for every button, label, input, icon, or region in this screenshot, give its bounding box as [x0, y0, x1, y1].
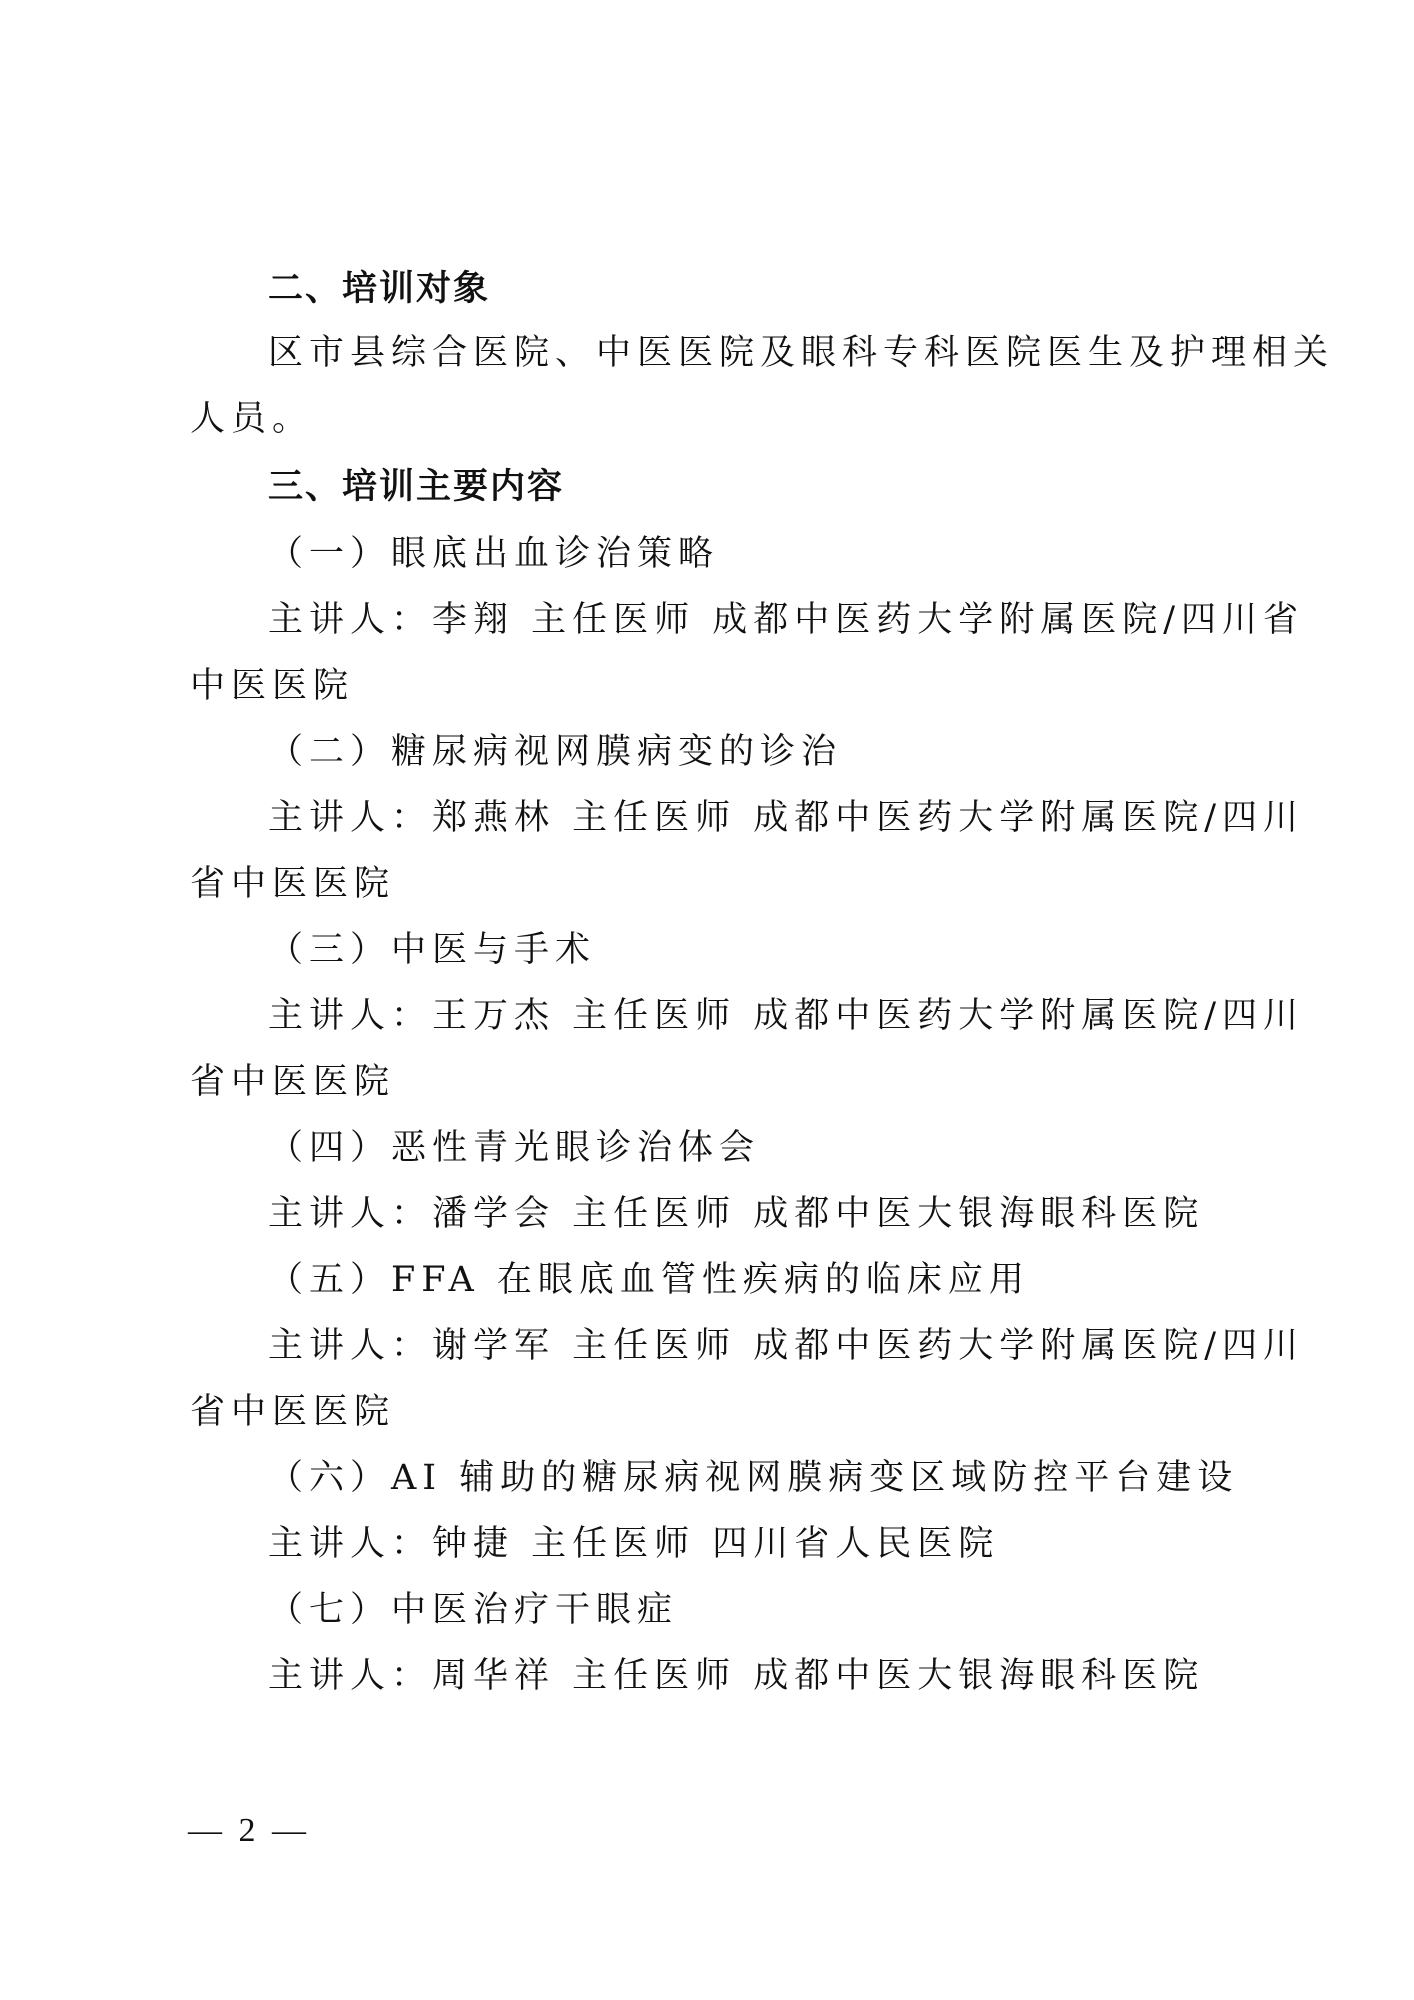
- speaker-line-cont: 省中医医院: [190, 1395, 395, 1430]
- paragraph-line: 区市县综合医院、中医医院及眼科专科医院医生及护理相关: [268, 336, 1334, 371]
- item-title: （一）眼底出血诊治策略: [268, 537, 719, 572]
- speaker-line-cont: 省中医医院: [190, 867, 395, 902]
- speaker-line: 主讲人：潘学会 主任医师 成都中医大银海眼科医院: [268, 1197, 1204, 1232]
- speaker-line: 主讲人：谢学军 主任医师 成都中医药大学附属医院/四川: [268, 1329, 1304, 1364]
- speaker-line-cont: 省中医医院: [190, 1065, 395, 1100]
- speaker-line: 主讲人：钟捷 主任医师 四川省人民医院: [268, 1527, 999, 1562]
- speaker-line: 主讲人：周华祥 主任医师 成都中医大银海眼科医院: [268, 1659, 1204, 1694]
- item-title: （七）中医治疗干眼症: [268, 1593, 678, 1628]
- speaker-line: 主讲人：王万杰 主任医师 成都中医药大学附属医院/四川: [268, 999, 1304, 1034]
- item-title: （五）FFA 在眼底血管性疾病的临床应用: [268, 1263, 1030, 1298]
- speaker-line: 主讲人：郑燕林 主任医师 成都中医药大学附属医院/四川: [268, 801, 1304, 836]
- item-title: （三）中医与手术: [268, 933, 596, 968]
- section-heading-target-audience: 二、培训对象: [268, 272, 490, 307]
- document-page: 二、培训对象 区市县综合医院、中医医院及眼科专科医院医生及护理相关 人员。 三、…: [0, 0, 1414, 2000]
- item-title: （四）恶性青光眼诊治体会: [268, 1131, 760, 1166]
- page-number: — 2 —: [188, 1812, 310, 1850]
- speaker-line-cont: 中医医院: [190, 669, 354, 704]
- section-heading-main-content: 三、培训主要内容: [268, 470, 564, 505]
- paragraph-line: 人员。: [190, 402, 313, 437]
- item-title: （六）AI 辅助的糖尿病视网膜病变区域防控平台建设: [268, 1461, 1238, 1496]
- item-title: （二）糖尿病视网膜病变的诊治: [268, 735, 842, 770]
- speaker-line: 主讲人：李翔 主任医师 成都中医药大学附属医院/四川省: [268, 603, 1304, 638]
